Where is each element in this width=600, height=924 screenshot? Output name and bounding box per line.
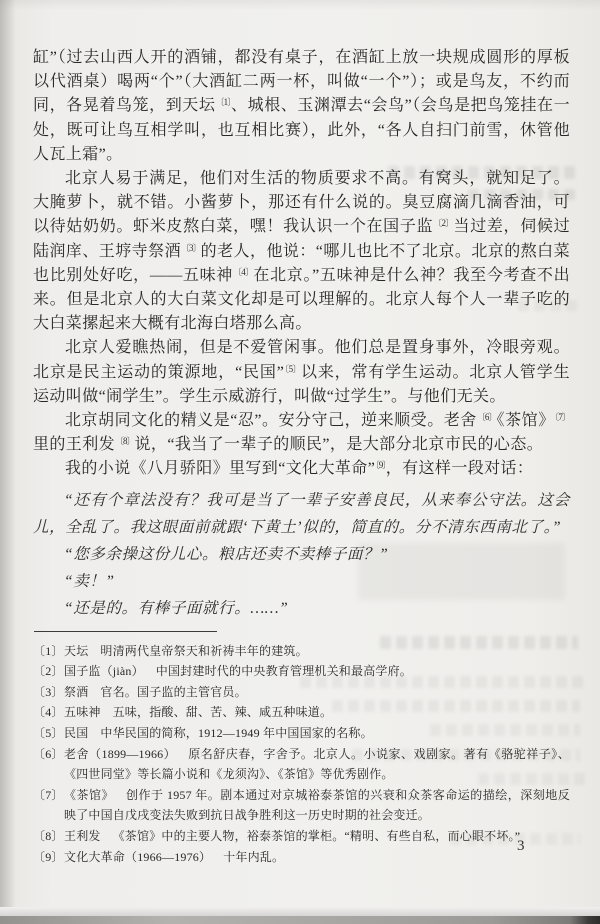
dialog-line: “卖！” (33, 568, 570, 595)
footnote-number: 〔9〕 (33, 847, 64, 868)
dialog-line: “还有个章法没有？我可是当了一辈子安善良民，从来奉公守法。这会儿，全乱了。我这眼… (33, 487, 570, 541)
footnote-number: 〔6〕 (33, 744, 64, 785)
footnote-number: 〔8〕 (33, 826, 64, 847)
footnote-text: 文化大革命（1966—1976）十年内乱。 (64, 847, 570, 868)
body-paragraph: 我的小说《八月骄阳》里写到“文化大革命”〔9〕，有这样一段对话： (33, 457, 570, 481)
footnote-item: 〔5〕 民国中华民国的简称，1912—1949 年中国国家的名称。 (33, 723, 570, 744)
footnote-text: 国子监（jiàn）中国封建时代的中央教育管理机关和最高学府。 (64, 661, 570, 682)
page-left-shadow (0, 0, 16, 924)
footnote-text: 天坛明清两代皇帝祭天和祈祷丰年的建筑。 (64, 641, 570, 662)
footnote-text: 五味神五味，指酸、甜、苦、辣、咸五种味道。 (64, 702, 570, 723)
body-paragraph: 北京人易于满足，他们对生活的物质要求不高。有窝头，就知足了。大腌萝卜，就不错。小… (33, 167, 570, 336)
footnote-item: 〔1〕 天坛明清两代皇帝祭天和祈祷丰年的建筑。 (33, 641, 570, 662)
page-bottom-edge (0, 907, 600, 916)
footnote-text: 老舍（1899—1966）原名舒庆春，字舍予。北京人。小说家、戏剧家。著有《骆驼… (64, 744, 570, 785)
footnote-number: 〔5〕 (33, 723, 64, 744)
page-body: 缸”（过去山西人开的酒铺，都没有桌子，在酒缸上放一块规成圆形的厚板以代酒桌）喝两… (33, 46, 570, 867)
footnote-text: 民国中华民国的简称，1912—1949 年中国国家的名称。 (64, 723, 570, 744)
dialog-line: “您多余操这份儿心。粮店还卖不卖棒子面？” (33, 541, 570, 568)
footnote-item: 〔8〕 王利发《茶馆》中的主要人物，裕泰茶馆的掌柜。“精明、有些自私，而心眼不坏… (33, 826, 570, 847)
footnote-item: 〔4〕 五味神五味，指酸、甜、苦、辣、咸五种味道。 (33, 702, 570, 723)
body-paragraph-continuation: 缸”（过去山西人开的酒铺，都没有桌子，在酒缸上放一块规成圆形的厚板以代酒桌）喝两… (33, 46, 570, 167)
footnote-item: 〔3〕 祭酒官名。国子监的主管官员。 (33, 682, 570, 703)
footnote-item: 〔2〕 国子监（jiàn）中国封建时代的中央教育管理机关和最高学府。 (33, 661, 570, 682)
footnote-separator (34, 631, 217, 632)
body-paragraph: 北京胡同文化的精义是“忍”。安分守己，逆来顺受。老舍〔6〕《茶馆》〔7〕里的王利… (33, 409, 570, 457)
dialog-line: “还是的。有棒子面就行。……” (33, 595, 570, 622)
body-paragraph: 北京人爱瞧热闹，但是不爱管闲事。他们总是置身事外，冷眼旁观。北京是民主运动的策源… (33, 336, 570, 409)
footnote-list: 〔1〕 天坛明清两代皇帝祭天和祈祷丰年的建筑。 〔2〕 国子监（jiàn）中国封… (33, 641, 570, 868)
footnote-item: 〔6〕 老舍（1899—1966）原名舒庆春，字舍予。北京人。小说家、戏剧家。著… (33, 744, 570, 785)
footnote-number: 〔4〕 (33, 702, 64, 723)
footnote-number: 〔2〕 (33, 661, 64, 682)
footnote-number: 〔7〕 (33, 785, 64, 826)
page-top-shadow (0, 0, 600, 10)
dialog-excerpt: “还有个章法没有？我可是当了一辈子安善良民，从来奉公守法。这会儿，全乱了。我这眼… (33, 487, 570, 622)
footnote-item: 〔7〕 《茶馆》创作于 1957 年。剧本通过对京城裕泰茶馆的兴衰和众茶客命运的… (33, 785, 570, 826)
footnote-number: 〔3〕 (33, 682, 64, 703)
footnote-item: 〔9〕 文化大革命（1966—1976）十年内乱。 (33, 847, 570, 868)
footnote-number: 〔1〕 (33, 641, 64, 662)
footnote-text: 祭酒官名。国子监的主管官员。 (64, 682, 570, 703)
scanned-book-page: 缸”（过去山西人开的酒铺，都没有桌子，在酒缸上放一块规成圆形的厚板以代酒桌）喝两… (0, 0, 600, 924)
footnote-text: 王利发《茶馆》中的主要人物，裕泰茶馆的掌柜。“精明、有些自私，而心眼不坏。” (64, 826, 570, 847)
scan-bottom-band (0, 916, 600, 924)
page-number: 3 (517, 838, 525, 855)
footnote-text: 《茶馆》创作于 1957 年。剧本通过对京城裕泰茶馆的兴衰和众茶客命运的描绘，深… (64, 785, 570, 826)
